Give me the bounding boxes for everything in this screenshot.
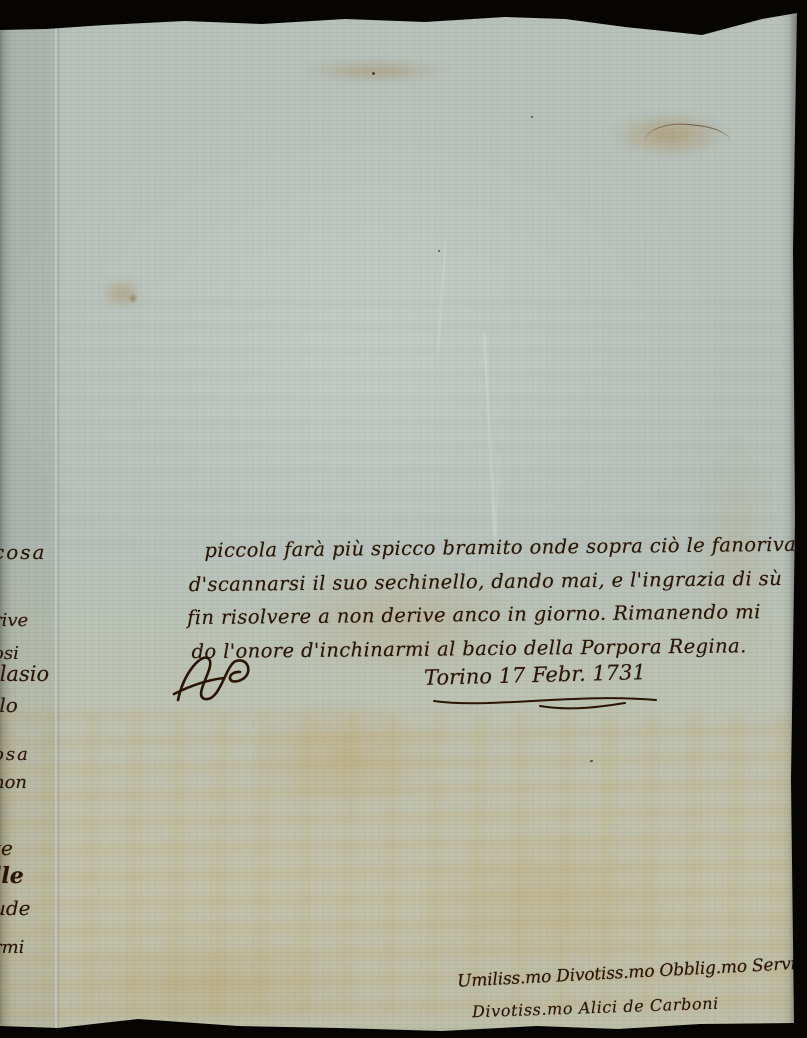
letter-body: piccola farà più spicco bramito onde sop… <box>186 528 797 668</box>
stain <box>250 700 440 810</box>
stain <box>100 278 144 308</box>
paper-sheet: piccola farà più spicco bramito onde sop… <box>0 0 797 1038</box>
body-line: fin risolvere a non derive anco in giorn… <box>187 595 797 635</box>
scanned-letter-page: piccola farà più spicco bramito onde sop… <box>0 0 807 1038</box>
dateline-underline-flourish <box>430 692 660 716</box>
stain <box>300 60 450 82</box>
margin-fragment: rive <box>0 610 28 631</box>
margin-fragment: lle <box>0 863 24 889</box>
stain <box>420 830 680 970</box>
ink-speck <box>438 250 440 252</box>
margin-fragment: cosa <box>0 540 46 564</box>
stain <box>128 294 138 303</box>
margin-fragment: ilo <box>0 693 18 717</box>
stain <box>60 940 360 1030</box>
body-line: do l'onore d'inchinarmi al bacio della P… <box>187 628 797 668</box>
margin-fragment: te <box>0 836 13 860</box>
margin-fragment: ude <box>0 896 31 920</box>
body-line: piccola farà più spicco bramito onde sop… <box>186 528 796 568</box>
vertical-fold-line <box>54 28 59 1028</box>
closing-paraph-flourish <box>172 650 268 712</box>
ink-speck <box>590 760 593 762</box>
margin-fragment: osa <box>0 744 30 765</box>
margin-fragment: ilasio <box>0 662 49 686</box>
ink-speck <box>372 72 375 75</box>
show-through-faint-upper <box>60 300 780 560</box>
ink-speck <box>531 116 533 118</box>
margin-fragment: rmi <box>0 937 24 958</box>
margin-fragment: osi <box>0 643 19 664</box>
margin-fragment: non <box>0 772 27 793</box>
